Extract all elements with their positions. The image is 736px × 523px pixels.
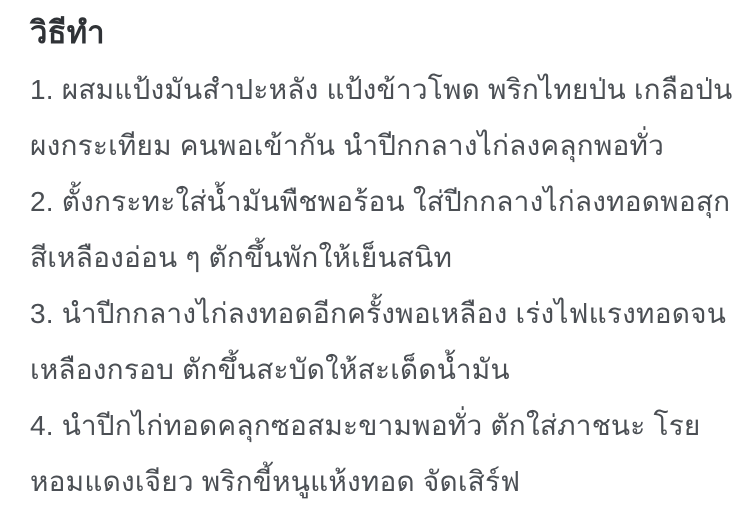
method-step4-line1: 4. นำปีกไก่ทอดคลุกซอสมะขามพอทั่ว ตักใส่ภ… — [30, 398, 708, 454]
method-step4-line2: หอมแดงเจียว พริกขี้หนูแห้งทอด จัดเสิร์ฟ — [30, 454, 708, 510]
method-step3-line2: เหลืองกรอบ ตักขึ้นสะบัดให้สะเด็ดน้ำมัน — [30, 342, 708, 398]
method-step1-line2: ผงกระเทียม คนพอเข้ากัน นำปีกกลางไก่ลงคลุ… — [30, 118, 708, 174]
method-step2-line1: 2. ตั้งกระทะใส่น้ำมันพืชพอร้อน ใส่ปีกกลา… — [30, 174, 708, 230]
recipe-method-section: วิธีทำ 1. ผสมแป้งมันสำปะหลัง แป้งข้าวโพด… — [0, 0, 736, 523]
method-step3-line1: 3. นำปีกกลางไก่ลงทอดอีกครั้งพอเหลือง เร่… — [30, 286, 708, 342]
method-step1-line1: 1. ผสมแป้งมันสำปะหลัง แป้งข้าวโพด พริกไท… — [30, 62, 708, 118]
method-section-title: วิธีทำ — [30, 4, 708, 62]
method-step2-line2: สีเหลืองอ่อน ๆ ตักขึ้นพักให้เย็นสนิท — [30, 230, 708, 286]
method-steps-text: 1. ผสมแป้งมันสำปะหลัง แป้งข้าวโพด พริกไท… — [30, 62, 708, 510]
